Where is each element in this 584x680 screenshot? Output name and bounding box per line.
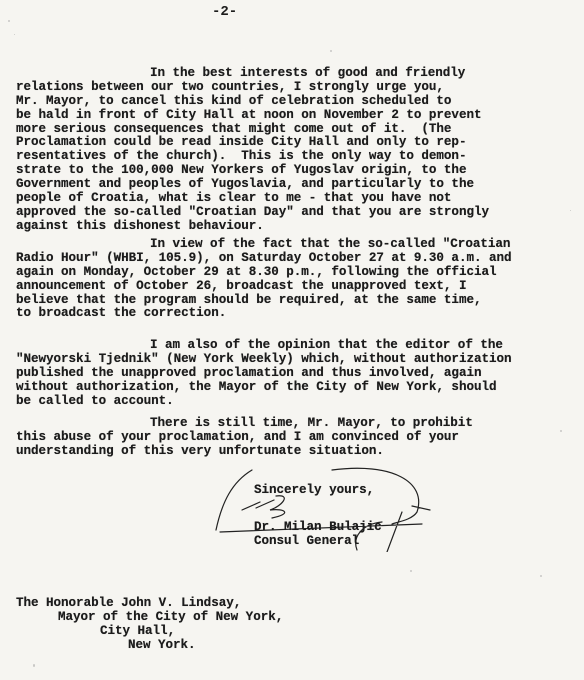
text-line: announcement of October 26, broadcast th…: [16, 280, 584, 294]
text-line: Government and peoples of Yugoslavia, an…: [16, 178, 584, 192]
text-line: believe that the program should be requi…: [16, 294, 584, 308]
text-line: strate to the 100,000 New Yorkers of Yug…: [16, 164, 584, 178]
addressee-block: The Honorable John V. Lindsay, Mayor of …: [16, 597, 283, 653]
signer-name: Dr. Milan Bulajic: [254, 521, 382, 535]
signer-block: Dr. Milan Bulajic Consul General: [254, 521, 382, 549]
text-line: Mr. Mayor, to cancel this kind of celebr…: [16, 95, 584, 109]
paragraph-4: There is still time, Mr. Mayor, to prohi…: [16, 417, 584, 459]
text-line: to broadcast the correction.: [16, 307, 584, 321]
page-number: -2-: [212, 4, 237, 20]
text-line: without authorization, the Mayor of the …: [16, 381, 584, 395]
paper-speck: [560, 430, 562, 432]
text-line: be hald in front of City Hall at noon on…: [16, 109, 584, 123]
addressee-line: Mayor of the City of New York,: [16, 611, 283, 625]
signer-title: Consul General: [254, 535, 382, 549]
paragraph-2: In view of the fact that the so-called "…: [16, 238, 584, 321]
text-line: There is still time, Mr. Mayor, to prohi…: [16, 417, 584, 431]
text-line: people of Croatia, what is clear to me -…: [16, 192, 584, 206]
text-line: approved the so-called "Croatian Day" an…: [16, 206, 584, 220]
text-line: I am also of the opinion that the editor…: [16, 339, 584, 353]
text-line: Radio Hour" (WHBI, 105.9), on Saturday O…: [16, 252, 584, 266]
paragraph-1: In the best interests of good and friend…: [16, 67, 584, 234]
text-line: this abuse of your proclamation, and I a…: [16, 431, 584, 445]
paper-speck: [33, 664, 35, 667]
text-line: published the unapproved proclamation an…: [16, 367, 584, 381]
text-line: In view of the fact that the so-called "…: [16, 238, 584, 252]
text-line: be called to account.: [16, 395, 584, 409]
text-line: again on Monday, October 29 at 8.30 p.m.…: [16, 266, 584, 280]
text-line: Proclamation could be read inside City H…: [16, 136, 584, 150]
paper-speck: [540, 575, 542, 577]
addressee-line: New York.: [16, 639, 283, 653]
closing-text: Sincerely yours,: [254, 484, 374, 498]
letter-page: -2- In the best interests of good and fr…: [0, 0, 584, 680]
paper-speck: [570, 210, 571, 211]
addressee-line: City Hall,: [16, 625, 283, 639]
paper-speck: [330, 50, 332, 52]
paragraph-3: I am also of the opinion that the editor…: [16, 339, 584, 408]
addressee-line: The Honorable John V. Lindsay,: [16, 597, 283, 611]
text-line: resentatives of the church). This is the…: [16, 150, 584, 164]
text-line: against this dishonest behaviour.: [16, 220, 584, 234]
text-line: understanding of this very unfortunate s…: [16, 445, 584, 459]
closing: Sincerely yours,: [254, 484, 374, 498]
text-line: more serious consequences that might com…: [16, 123, 584, 137]
text-line: relations between our two countries, I s…: [16, 81, 584, 95]
text-line: In the best interests of good and friend…: [16, 67, 584, 81]
paper-speck: [8, 20, 10, 22]
text-line: "Newyorski Tjednik" (New York Weekly) wh…: [16, 353, 584, 367]
paper-speck: [14, 34, 15, 35]
paper-speck: [410, 570, 412, 572]
